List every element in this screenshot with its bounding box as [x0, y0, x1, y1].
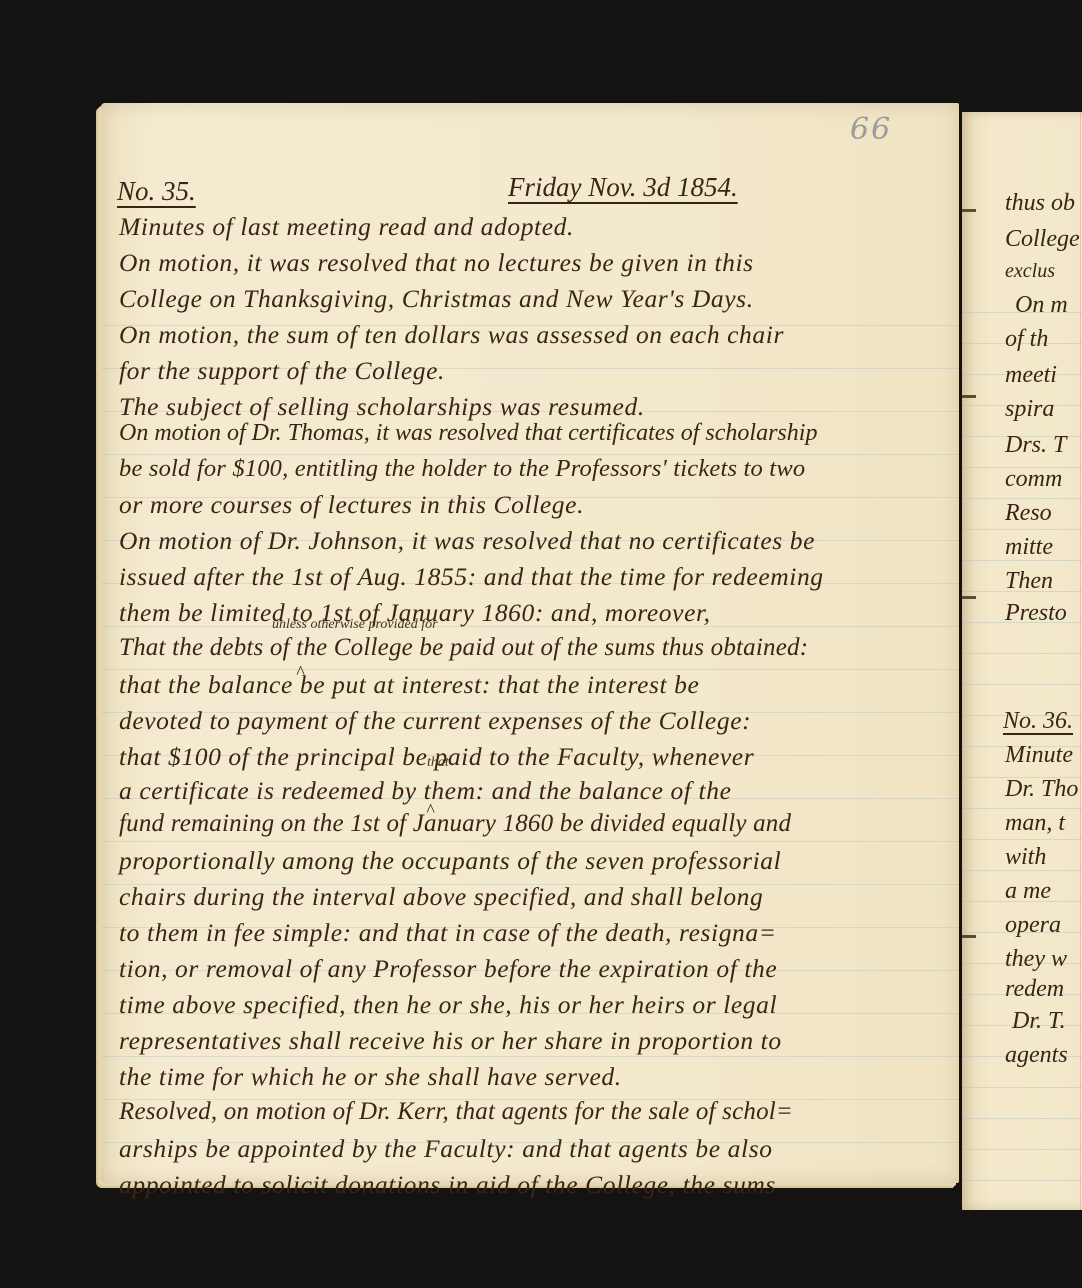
interlinear-insertion: that [427, 755, 449, 771]
right-page-line: On m [1015, 292, 1068, 319]
manuscript-line: fund remaining on the 1st of January 186… [119, 810, 791, 838]
manuscript-line: College on Thanksgiving, Christmas and N… [119, 284, 754, 314]
entry-date: Friday Nov. 3d 1854. [508, 172, 738, 203]
right-page-line: of th [1005, 326, 1048, 353]
right-page-line: College [1005, 226, 1080, 253]
right-page-line: Dr. Tho [1005, 776, 1078, 803]
manuscript-line: tion, or removal of any Professor before… [119, 954, 777, 984]
manuscript-line: for the support of the College. [119, 356, 445, 386]
right-page-line: Drs. T [1005, 432, 1066, 459]
right-page-line: Then [1005, 568, 1053, 595]
manuscript-line: That the debts of the College be paid ou… [119, 634, 808, 662]
manuscript-line: to them in fee simple: and that in case … [119, 918, 777, 948]
right-page-line: thus ob [1005, 190, 1075, 217]
entry-number: No. 35. [117, 176, 196, 207]
manuscript-line: that the balance be put at interest: tha… [119, 670, 699, 700]
manuscript-line: time above specified, then he or she, hi… [119, 990, 777, 1020]
right-page-line: with [1005, 844, 1046, 871]
binding-tab [962, 209, 976, 212]
manuscript-line: appointed to solicit donations in aid of… [119, 1170, 776, 1200]
right-page-line: opera [1005, 912, 1061, 939]
manuscript-line: On motion, the sum of ten dollars was as… [119, 320, 784, 350]
manuscript-line: representatives shall receive his or her… [119, 1026, 782, 1056]
folio-number: 66 [850, 112, 892, 147]
right-page-line: man, t [1005, 810, 1065, 837]
manuscript-line: be sold for $100, entitling the holder t… [119, 455, 805, 483]
binding-tab [962, 596, 976, 599]
manuscript-line: Minutes of last meeting read and adopted… [119, 212, 574, 242]
manuscript-line: Resolved, on motion of Dr. Kerr, that ag… [119, 1098, 793, 1126]
right-page-line: Dr. T. [1012, 1008, 1066, 1035]
right-page-line: they w [1005, 946, 1067, 973]
manuscript-line: On motion, it was resolved that no lectu… [119, 248, 754, 278]
right-page-line: spira [1005, 396, 1054, 423]
right-page-line: agents [1005, 1042, 1068, 1069]
right-entry-number: No. 36. [1003, 708, 1073, 735]
manuscript-line: The subject of selling scholarships was … [119, 392, 645, 422]
manuscript-line: On motion of Dr. Thomas, it was resolved… [119, 420, 817, 447]
manuscript-line: the time for which he or she shall have … [119, 1062, 622, 1092]
binding-tab [962, 395, 976, 398]
right-page-line: Minute [1005, 742, 1073, 769]
right-page-line: exclus [1005, 260, 1055, 283]
right-page-line: mitte [1005, 534, 1053, 561]
right-page-line: comm [1005, 466, 1062, 493]
manuscript-line: devoted to payment of the current expens… [119, 706, 751, 736]
binding-tab [962, 935, 976, 938]
manuscript-line: arships be appointed by the Faculty: and… [119, 1134, 773, 1164]
right-page-line: Presto [1005, 600, 1067, 627]
right-page-line: a me [1005, 878, 1051, 905]
manuscript-line: On motion of Dr. Johnson, it was resolve… [119, 526, 815, 556]
right-page-line: meeti [1005, 362, 1057, 389]
manuscript-line: chairs during the interval above specifi… [119, 882, 763, 912]
interlinear-insertion: unless otherwise provided for [272, 617, 438, 633]
manuscript-line: or more courses of lectures in this Coll… [119, 490, 584, 520]
manuscript-line: proportionally among the occupants of th… [119, 846, 781, 876]
margin-rule [1080, 112, 1081, 1210]
right-page-line: Reso [1005, 500, 1052, 527]
right-page-line: redem [1005, 976, 1064, 1003]
manuscript-line: issued after the 1st of Aug. 1855: and t… [119, 562, 824, 592]
